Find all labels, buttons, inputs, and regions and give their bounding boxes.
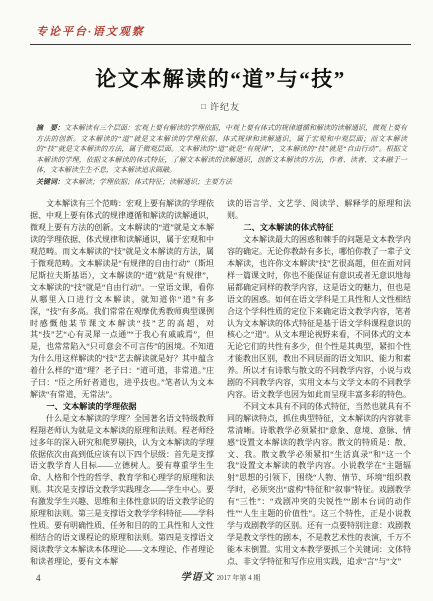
author-line: □ 许纪友: [30, 100, 411, 113]
page-header: 专论平台·语文观察: [30, 22, 411, 45]
abstract-block: 摘 要：文本解读有三个层面：宏观上要有解读的学理依据，中观上要有体式的规律遵循和…: [36, 123, 407, 176]
abstract-text: 文本解读有三个层面：宏观上要有解读的学理依据，中观上要有体式的规律遵循和解读的读…: [36, 124, 407, 174]
paragraph-style-features: 文本解读最大的困惑和棘手的问题是文本教学内容的确定。无论你教龄有多长，哪怕你教了…: [227, 234, 411, 401]
article-title: 论文本解读的“道”与“技”: [30, 63, 411, 93]
journal-page: 专论平台·语文观察 论文本解读的“道”与“技” □ 许纪友 摘 要：文本解读有三…: [0, 0, 433, 601]
paragraph-intro: 文本解读有三个范畴：宏观上要有解读的学理依据、中观上要有体式的规律遵循和解读的读…: [30, 198, 214, 400]
section-label: 专论平台·语文观察: [30, 23, 145, 39]
journal-name: 学语文: [181, 572, 214, 583]
section-heading-2: 二、文本解读的体式特征: [227, 222, 411, 234]
author-marker: □: [201, 102, 207, 111]
keywords-label: 关键词：: [36, 178, 64, 186]
journal-issue: 2017 年第 4 期: [217, 574, 261, 582]
paragraph-theory: 什么是文本解读的学理？全国著名语文特级教师程翔老师认为就是文本解读的原理和法则。…: [30, 413, 214, 568]
author-name: 许纪友: [210, 102, 240, 112]
right-column: 读的语言学、文艺学、阅读学、解释学的原理和法则。 二、文本解读的体式特征 文本解…: [227, 198, 411, 582]
left-column: 文本解读有三个范畴：宏观上要有解读的学理依据、中观上要有体式的规律遵循和解读的读…: [30, 198, 214, 582]
keywords-text: 文本解读；学理依据；体式特征；读解通识；主要方法: [64, 178, 232, 186]
header-divider: [30, 44, 411, 45]
paragraph-continuation: 读的语言学、文艺学、阅读学、解释学的原理和法则。: [227, 198, 411, 222]
journal-credit: 学语文2017 年第 4 期: [30, 568, 411, 583]
keywords-line: 关键词：文本解读；学理依据；体式特征；读解通识；主要方法: [36, 177, 407, 188]
paragraph-genre-teaching: 不同文本具有不同的体式特征，当然也就具有不同的解读特点，抓住典型特征，文本解读的…: [227, 401, 411, 568]
section-heading-1: 一、文本解读的学理依据: [30, 401, 214, 413]
abstract-label: 摘 要：: [36, 124, 64, 132]
article-body: 文本解读有三个范畴：宏观上要有解读的学理依据、中观上要有体式的规律遵循和解读的读…: [30, 198, 411, 582]
